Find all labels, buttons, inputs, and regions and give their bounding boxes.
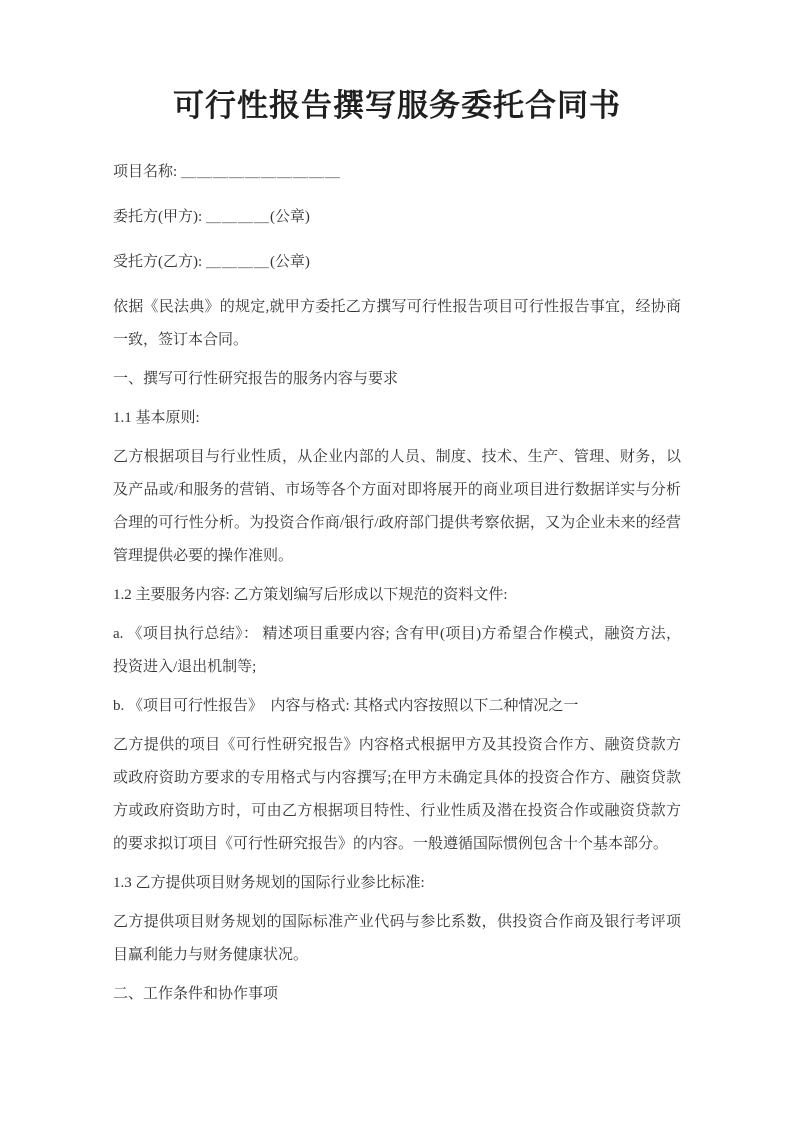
party-a-label: 委托方(甲方): <box>113 209 206 225</box>
party-a-blank: ＿＿＿＿ <box>206 209 270 225</box>
section-2-heading: 二、工作条件和协作事项 <box>113 978 681 1011</box>
party-b-blank: ＿＿＿＿ <box>206 254 270 270</box>
clause-1-1-heading: 1.1 基本原则: <box>113 402 681 435</box>
project-name-blank: ＿＿＿＿＿＿＿＿＿＿ <box>181 164 341 180</box>
document-body: 依据《民法典》的规定,就甲方委托乙方撰写可行性报告项目可行性报告事宜，经协商一致… <box>113 291 681 1011</box>
clause-1-3-body: 乙方提供项目财务规划的国际标准产业代码与参比系数，供投资合作商及银行考评项目赢利… <box>113 906 681 972</box>
party-a-field: 委托方(甲方): ＿＿＿＿(公章) <box>113 201 681 234</box>
party-b-label: 受托方(乙方): <box>113 254 206 270</box>
party-b-seal-suffix: (公章) <box>270 254 310 270</box>
party-b-field: 受托方(乙方): ＿＿＿＿(公章) <box>113 246 681 279</box>
section-1-heading: 一、撰写可行性研究报告的服务内容与要求 <box>113 363 681 396</box>
paragraph-preamble: 依据《民法典》的规定,就甲方委托乙方撰写可行性报告项目可行性报告事宜，经协商一致… <box>113 291 681 357</box>
project-name-label: 项目名称: <box>113 164 181 180</box>
clause-1-3-heading: 1.3 乙方提供项目财务规划的国际行业参比标准: <box>113 867 681 900</box>
clause-1-2-heading: 1.2 主要服务内容: 乙方策划编写后形成以下规范的资料文件: <box>113 579 681 612</box>
header-fields: 项目名称: ＿＿＿＿＿＿＿＿＿＿ 委托方(甲方): ＿＿＿＿(公章) 受托方(乙… <box>113 156 681 279</box>
clause-1-1-body: 乙方根据项目与行业性质，从企业内部的人员、制度、技术、生产、管理、财务，以及产品… <box>113 441 681 573</box>
clause-1-2-item-b-body: 乙方提供的项目《可行性研究报告》内容格式根据甲方及其投资合作方、融资贷款方或政府… <box>113 729 681 861</box>
clause-1-2-item-b: b. 《项目可行性报告》 内容与格式: 其格式内容按照以下二种情况之一 <box>113 690 681 723</box>
contract-document-page: 可行性报告撰写服务委托合同书 项目名称: ＿＿＿＿＿＿＿＿＿＿ 委托方(甲方):… <box>0 0 793 1122</box>
project-name-field: 项目名称: ＿＿＿＿＿＿＿＿＿＿ <box>113 156 681 189</box>
clause-1-2-item-a: a. 《项目执行总结》： 精述项目重要内容; 含有甲(项目)方希望合作模式，融资… <box>113 618 681 684</box>
party-a-seal-suffix: (公章) <box>270 209 310 225</box>
document-title: 可行性报告撰写服务委托合同书 <box>113 84 681 128</box>
